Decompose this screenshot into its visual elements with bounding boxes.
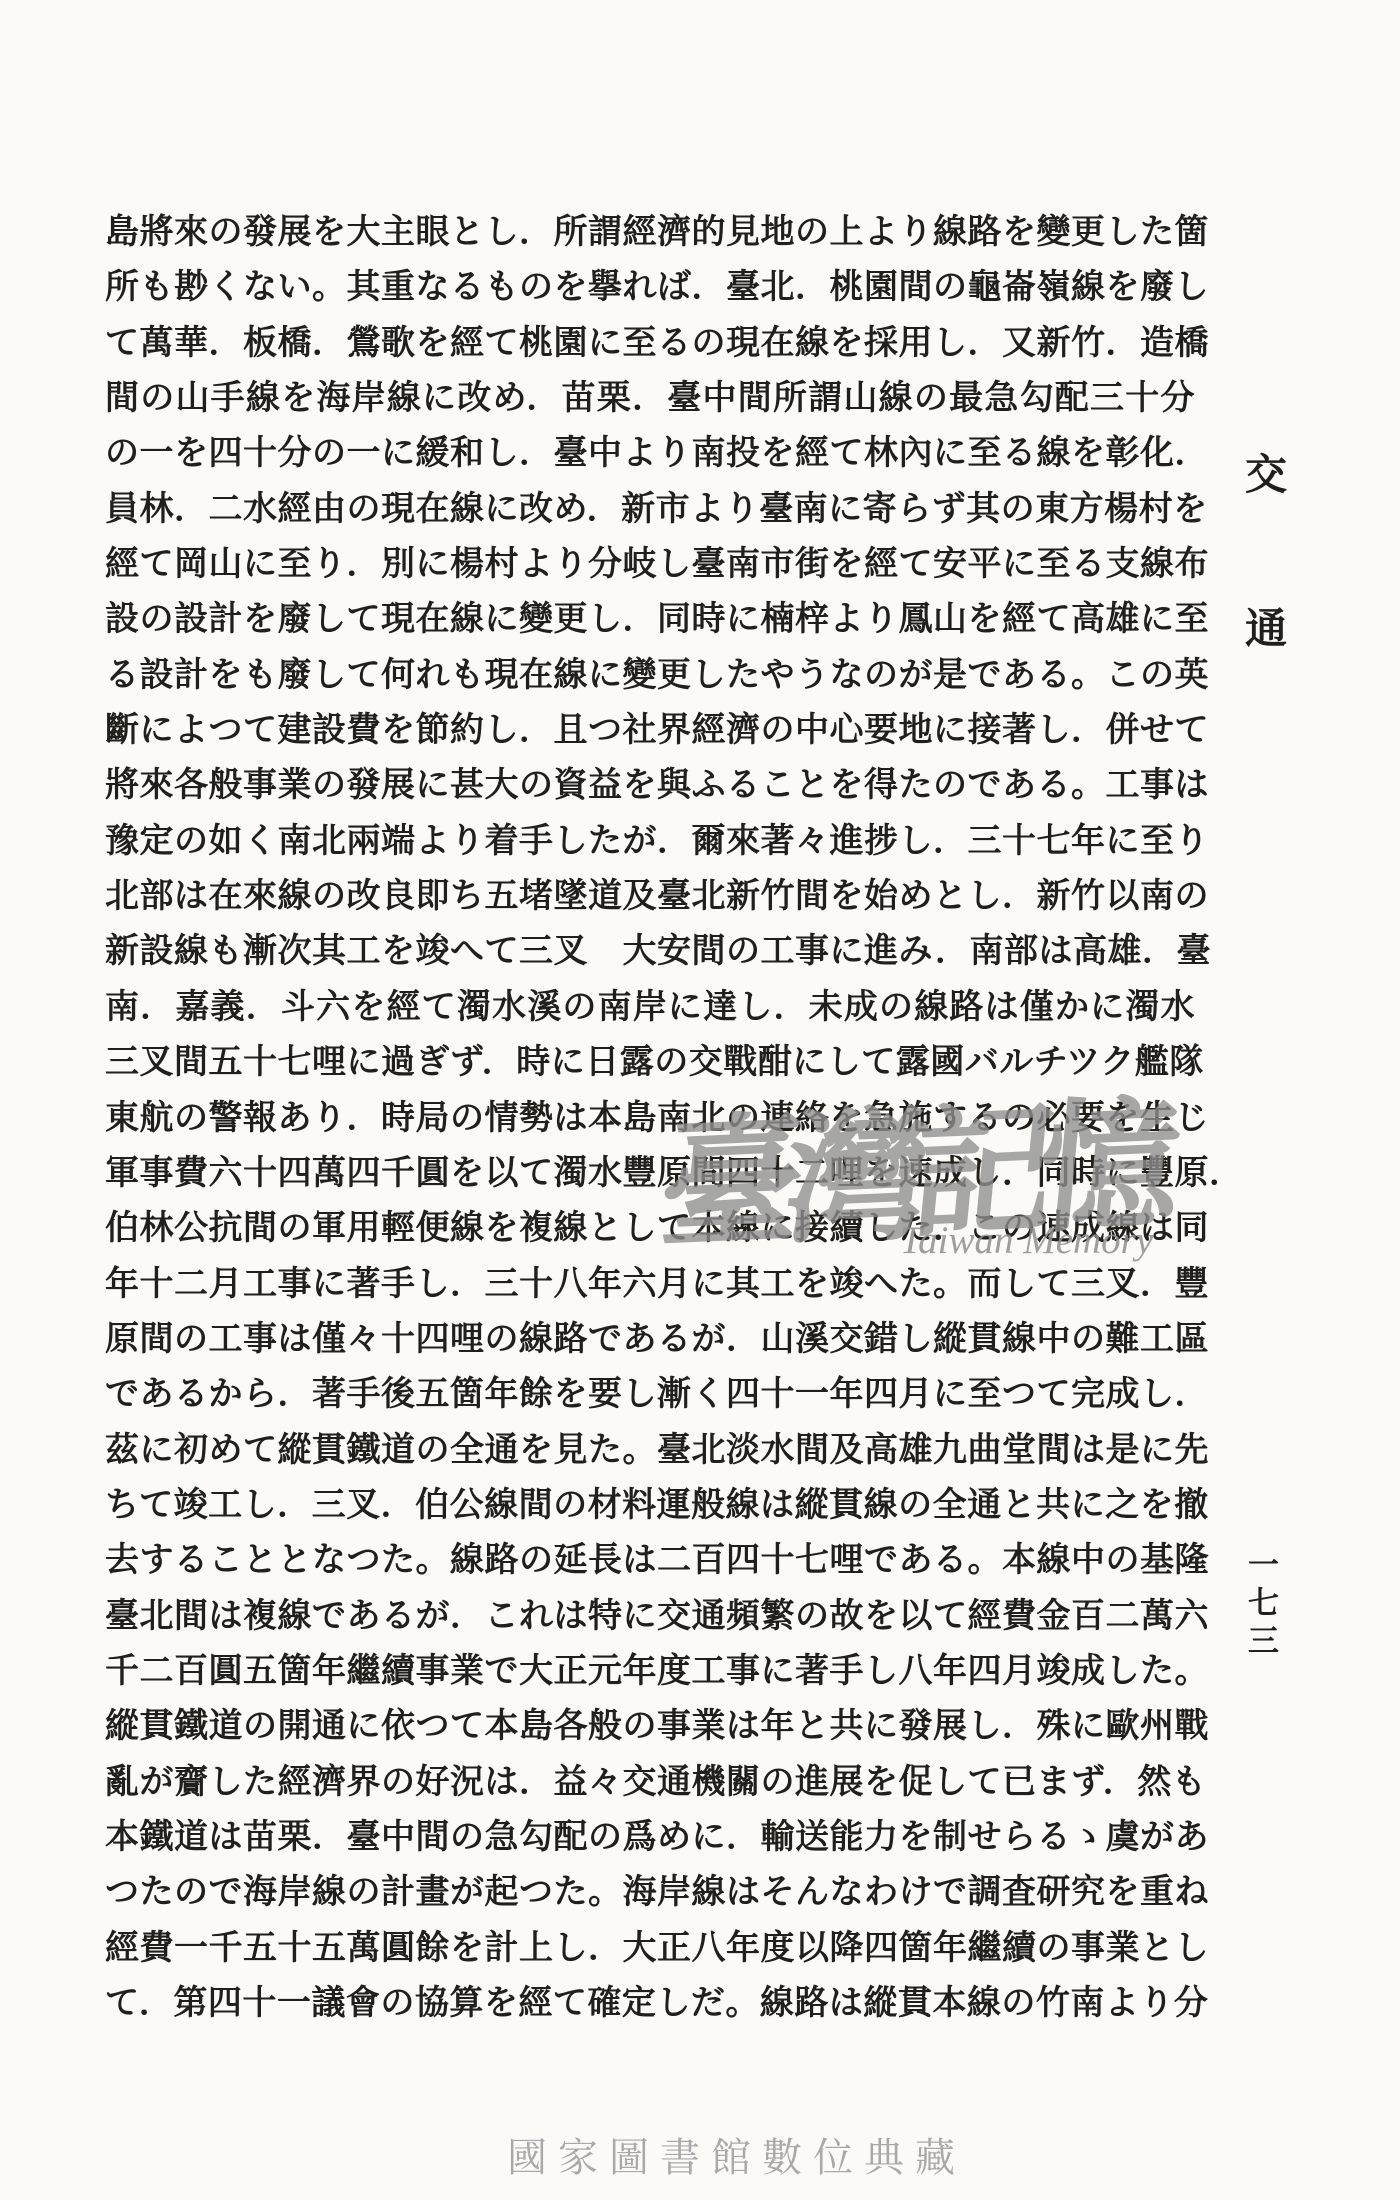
page-number: 一七三	[1238, 1548, 1283, 1662]
text-line-23: 茲に初めて縱貫鐵道の全通を見た。臺北淡水間及高雄九曲堂間は是に先	[105, 1423, 1195, 1478]
text-line-30: 本鐵道は苗栗．臺中間の急勾配の爲めに．輸送能力を制せらるゝ虞があ	[105, 1810, 1195, 1865]
text-line-20: 年十二月工事に著手し．三十八年六月に其工を竣へた。而して三叉．豐	[105, 1257, 1195, 1312]
text-line-24: ちて竣工し．三叉．伯公線間の材料運般線は縱貫線の全通と共に之を撤	[105, 1478, 1195, 1533]
text-line-28: 縱貫鐵道の開通に依つて本島各般の事業は年と共に發展し．殊に歐州戰	[105, 1699, 1195, 1754]
text-line-6: 員林．二水經由の現在線に改め．新市より臺南に寄らず其の東方楊村を	[105, 482, 1195, 537]
text-line-13: 北部は在來線の改良即ち五堵墜道及臺北新竹間を始めとし．新竹以南の	[105, 869, 1195, 924]
text-line-32: 經費一千五十五萬圓餘を計上し．大正八年度以降四箇年繼續の事業とし	[105, 1921, 1195, 1976]
text-line-11: 將來各般事業の發展に甚大の資益を與ふることを得たのである。工事は	[105, 758, 1195, 813]
text-line-1: 島將來の發展を大主眼とし．所謂經濟的見地の上より線路を變更した箇	[105, 205, 1195, 260]
text-line-14: 新設線も漸次其工を竣へて三叉 大安間の工事に進み．南部は高雄．臺	[105, 924, 1195, 979]
text-line-10: 斷によつて建設費を節約し．且つ社界經濟の中心要地に接著し．併せて	[105, 703, 1195, 758]
text-line-25: 去することとなつた。線路の延長は二百四十七哩である。本線中の基隆	[105, 1533, 1195, 1588]
text-line-17: 東航の警報あり．時局の情勢は本島南北の連絡を急施するの必要を生じ	[105, 1091, 1195, 1146]
text-line-19: 伯林公抗間の軍用輕便線を複線として本線に接續した．この速成線は同	[105, 1201, 1195, 1256]
text-line-5: の一を四十分の一に緩和し．臺中より南投を經て林內に至る線を彰化．	[105, 426, 1195, 481]
text-line-33: て．第四十一議會の協算を經て確定しだ。線路は縱貫本線の竹南より分	[105, 1976, 1195, 2031]
text-line-21: 原間の工事は僅々十四哩の線路であるが．山溪交錯し縱貫線中の難工區	[105, 1312, 1195, 1367]
text-line-9: る設計をも廢して何れも現在線に變更したやうなのが是である。この英	[105, 648, 1195, 703]
text-line-22: であるから．著手後五箇年餘を要し漸く四十一年四月に至つて完成し．	[105, 1367, 1195, 1422]
text-line-31: つたので海岸線の計畫が起つた。海岸線はそんなわけで調査研究を重ね	[105, 1865, 1195, 1920]
text-line-27: 千二百圓五箇年繼續事業で大正元年度工事に著手し八年四月竣成した。	[105, 1644, 1195, 1699]
document-page: 島將來の發展を大主眼とし．所謂經濟的見地の上より線路を變更した箇所も尠くない。其…	[0, 0, 1400, 2200]
library-watermark: 國家圖書館數位典藏	[507, 2126, 966, 2183]
text-line-26: 臺北間は複線であるが．これは特に交通頻繁の故を以て經費金百二萬六	[105, 1589, 1195, 1644]
text-line-15: 南．嘉義．斗六を經て濁水溪の南岸に達し．未成の線路は僅かに濁水	[105, 980, 1195, 1035]
text-line-18: 軍事費六十四萬四千圓を以て濁水豐原間四十二哩を速成し．同時に豐原．	[105, 1146, 1195, 1201]
body-text-block: 島將來の發展を大主眼とし．所謂經濟的見地の上より線路を變更した箇所も尠くない。其…	[105, 205, 1195, 2031]
margin-section-label: 交通	[1232, 452, 1292, 760]
text-line-3: て萬華．板橋．鶯歌を經て桃園に至るの現在線を採用し．又新竹．造橋	[105, 316, 1195, 371]
text-line-29: 亂が齎した經濟界の好況は．益々交通機關の進展を促して已まず．然も	[105, 1755, 1195, 1810]
text-line-7: 經て岡山に至り．別に楊村より分岐し臺南市街を經て安平に至る支線布	[105, 537, 1195, 592]
text-line-2: 所も尠くない。其重なるものを擧れば．臺北．桃園間の龜崙嶺線を廢し	[105, 260, 1195, 315]
text-line-12: 豫定の如く南北兩端より着手したが．爾來著々進捗し．三十七年に至り	[105, 814, 1195, 869]
text-line-16: 三叉間五十七哩に過ぎず．時に日露の交戰酣にして露國バルチツク艦隊	[105, 1035, 1195, 1090]
text-line-4: 間の山手線を海岸線に改め．苗栗．臺中間所謂山線の最急勾配三十分	[105, 371, 1195, 426]
text-line-8: 設の設計を廢して現在線に變更し．同時に楠梓より鳳山を經て高雄に至	[105, 592, 1195, 647]
